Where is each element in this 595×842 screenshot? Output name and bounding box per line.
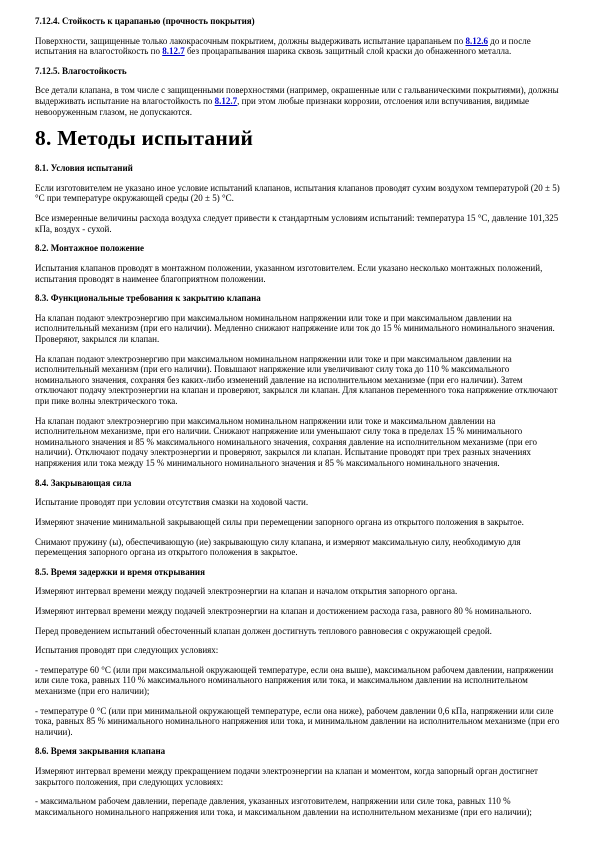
section-heading-7-12-4: 7.12.4. Стойкость к царапанью (прочность… [35,16,560,27]
paragraph: Перед проведением испытаний обесточенный… [35,626,560,637]
paragraph: Испытания клапанов проводят в монтажном … [35,263,560,284]
paragraph-list-item: - температуре 60 °C (или при максимально… [35,665,560,697]
paragraph-scratch-resistance: Поверхности, защищенные только лакокрасо… [35,36,560,57]
paragraph: На клапан подают электроэнергию при макс… [35,354,560,407]
section-heading-8-3: 8.3. Функциональные требования к закрыти… [35,293,560,304]
paragraph: Испытания проводят при следующих условия… [35,645,560,656]
paragraph: Измеряют интервал времени между подачей … [35,586,560,597]
paragraph: Измеряют интервал времени между подачей … [35,606,560,617]
section-heading-8-4: 8.4. Закрывающая сила [35,478,560,489]
section-heading-8-1: 8.1. Условия испытаний [35,163,560,174]
paragraph: Все измеренные величины расхода воздуха … [35,213,560,234]
link-8-12-7[interactable]: 8.12.7 [162,46,185,56]
paragraph: Измеряют значение минимальной закрывающе… [35,517,560,528]
chapter-title: 8. Методы испытаний [35,126,560,151]
link-8-12-7[interactable]: 8.12.7 [215,96,238,106]
paragraph-list-item: - максимальном рабочем давлении, перепад… [35,796,560,817]
paragraph-text: Поверхности, защищенные только лакокрасо… [35,36,466,46]
section-heading-7-12-5: 7.12.5. Влагостойкость [35,66,560,77]
section-heading-8-2: 8.2. Монтажное положение [35,243,560,254]
section-heading-8-6: 8.6. Время закрывания клапана [35,746,560,757]
paragraph: Снимают пружину (ы), обеспечивающую (ие)… [35,537,560,558]
paragraph: Если изготовителем не указано иное услов… [35,183,560,204]
paragraph: На клапан подают электроэнергию при макс… [35,416,560,469]
paragraph-moisture-resistance: Все детали клапана, в том числе с защище… [35,85,560,117]
document-page: 7.12.4. Стойкость к царапанью (прочность… [0,0,595,842]
paragraph: Испытание проводят при условии отсутстви… [35,497,560,508]
paragraph-list-item: - температуре 0 °C (или при минимальной … [35,706,560,738]
link-8-12-6[interactable]: 8.12.6 [466,36,489,46]
paragraph: На клапан подают электроэнергию при макс… [35,313,560,345]
paragraph: Измеряют интервал времени между прекраще… [35,766,560,787]
section-heading-8-5: 8.5. Время задержки и время открывания [35,567,560,578]
paragraph-text: без процарапывания шарика сквозь защитны… [185,46,512,56]
